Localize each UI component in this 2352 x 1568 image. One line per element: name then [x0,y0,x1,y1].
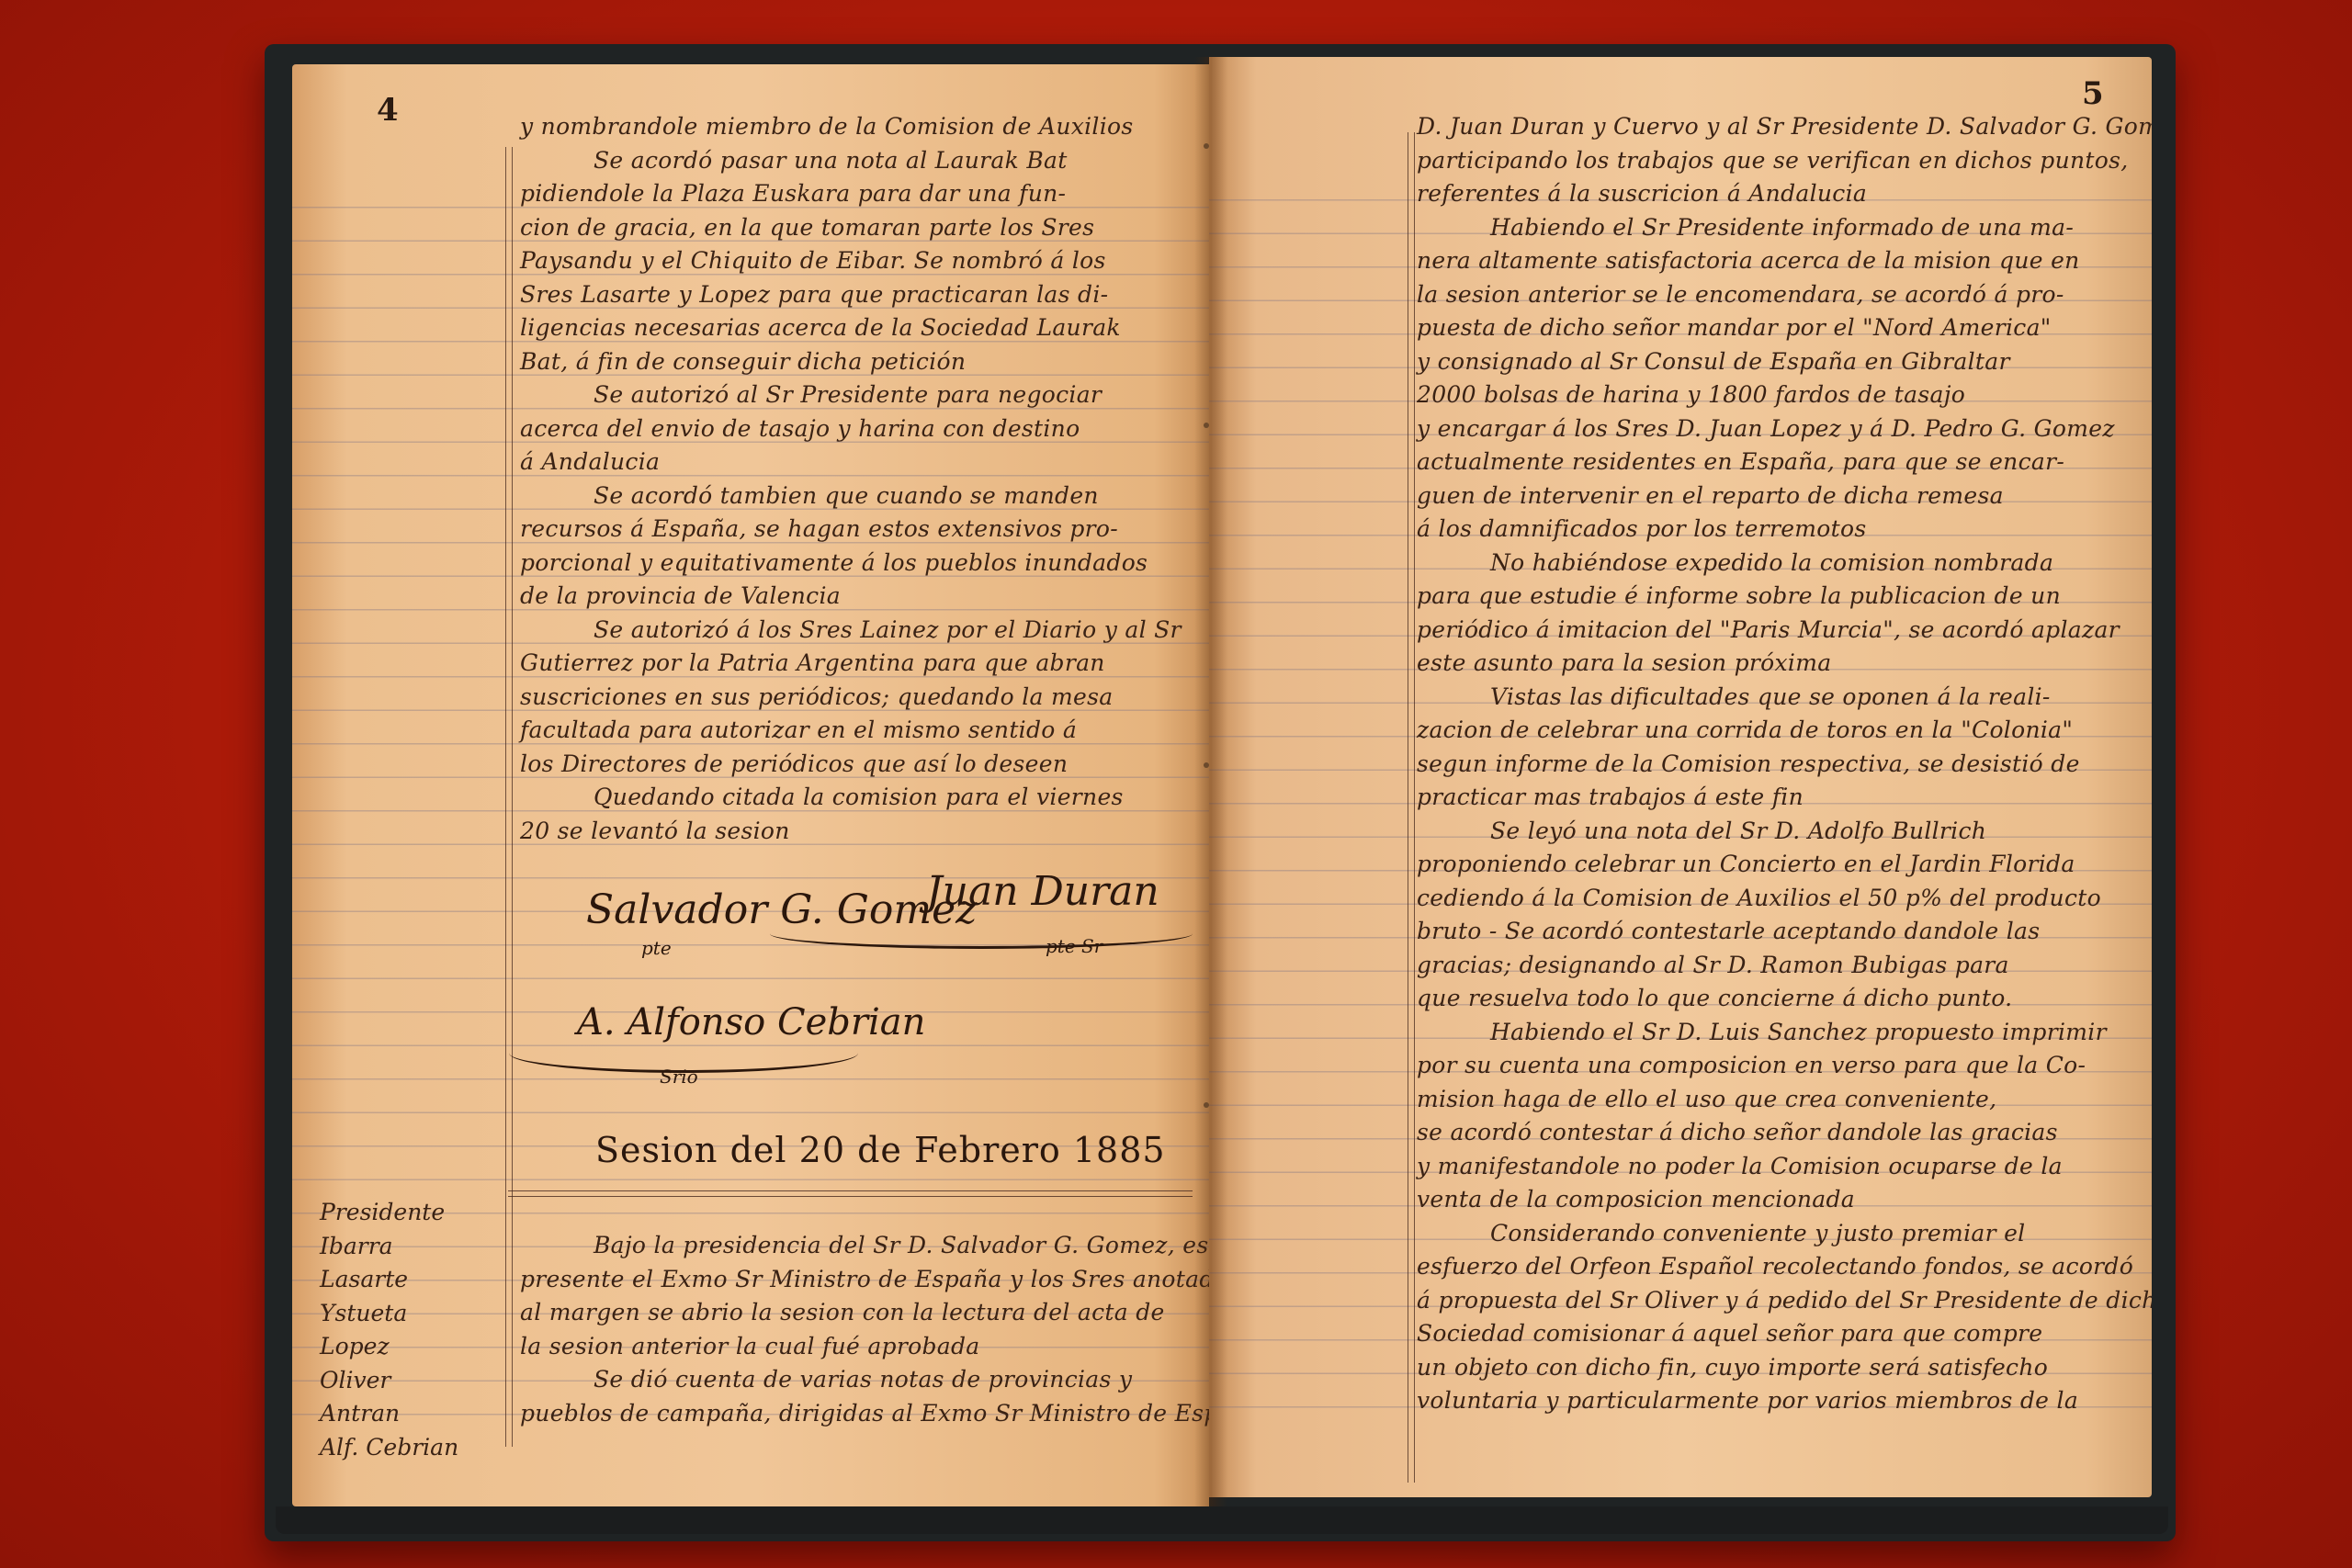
attendee-name: Ibarra [320,1230,458,1264]
handwritten-line: Vistas las dificultades que se oponen á … [1417,681,2152,715]
handwritten-line: voluntaria y particularmente por varios … [1417,1384,2152,1418]
binding-stitch [1204,143,1209,149]
handwritten-line: pueblos de campaña, dirigidas al Exmo Sr… [520,1397,1209,1431]
left-page: 4 y nombrandole miembro de la Comision d… [292,64,1209,1506]
attendee-name: Lasarte [320,1263,458,1297]
handwritten-line: periódico á imitacion del "Paris Murcia"… [1417,614,2152,648]
handwritten-line: á los damnificados por los terremotos [1417,513,2152,547]
handwritten-line: Se autorizó á los Sres Lainez por el Dia… [520,614,1182,648]
handwritten-line: á Andalucia [520,446,1182,479]
session-separator-rule [508,1190,1193,1197]
signature-flourish [770,919,1193,949]
handwritten-line: puesta de dicho señor mandar por el "Nor… [1417,311,2152,345]
handwritten-line: facultada para autorizar en el mismo sen… [520,714,1182,748]
handwritten-line: nera altamente satisfactoria acerca de l… [1417,244,2152,278]
attendee-name: Ystueta [320,1297,458,1331]
attendee-name: Alf. Cebrian [320,1431,458,1465]
handwritten-line: Habiendo el Sr D. Luis Sanchez propuesto… [1417,1016,2152,1050]
handwritten-line: zacion de celebrar una corrida de toros … [1417,714,2152,748]
handwritten-line: D. Juan Duran y Cuervo y al Sr President… [1417,110,2152,144]
handwritten-line: venta de la composicion mencionada [1417,1183,2152,1217]
page-number: 5 [2082,75,2104,112]
session-title: Sesion del 20 de Febrero 1885 [595,1130,1166,1170]
handwritten-line: ligencias necesarias acerca de la Socied… [520,311,1182,345]
handwritten-line: gracias; designando al Sr D. Ramon Bubig… [1417,949,2152,983]
margin-rule [1408,132,1415,1483]
handwritten-line: practicar mas trabajos á este fin [1417,781,2152,815]
handwritten-line: por su cuenta una composicion en verso p… [1417,1049,2152,1083]
handwritten-line: la sesion anterior la cual fué aprobada [520,1330,1209,1364]
handwritten-line: cion de gracia, en la que tomaran parte … [520,211,1182,245]
handwritten-line: se acordó contestar á dicho señor dandol… [1417,1116,2152,1150]
minutes-text: y nombrandole miembro de la Comision de … [520,110,1182,848]
handwritten-line: Se dió cuenta de varias notas de provinc… [520,1363,1209,1397]
handwritten-line: Gutierrez por la Patria Argentina para q… [520,647,1182,681]
handwritten-line: Se autorizó al Sr Presidente para negoci… [520,378,1182,412]
handwritten-line: Bat, á fin de conseguir dicha petición [520,345,1182,379]
signature-president-role: pte [641,937,672,959]
signature-other: Juan Duran [926,868,1159,915]
margin-rule [505,147,513,1447]
handwritten-line: Quedando citada la comision para el vier… [520,781,1182,815]
handwritten-line: acerca del envio de tasajo y harina con … [520,412,1182,446]
handwritten-line: No habiéndose expedido la comision nombr… [1417,547,2152,581]
signature-secretary-role: Srio [660,1066,698,1088]
handwritten-line: y consignado al Sr Consul de España en G… [1417,345,2152,379]
handwritten-line: y nombrandole miembro de la Comision de … [520,110,1182,144]
handwritten-line: Considerando conveniente y justo premiar… [1417,1217,2152,1251]
handwritten-line: porcional y equitativamente á los pueblo… [520,547,1182,581]
handwritten-line: la sesion anterior se le encomendara, se… [1417,278,2152,312]
attendee-name: Lopez [320,1330,458,1364]
handwritten-line: recursos á España, se hagan estos extens… [520,513,1182,547]
book-cover-bottom-edge [276,1506,2168,1534]
handwritten-line: proponiendo celebrar un Concierto en el … [1417,848,2152,882]
handwritten-line: á propuesta del Sr Oliver y á pedido del… [1417,1284,2152,1318]
attendee-name: Presidente [320,1196,458,1230]
handwritten-line: pidiendole la Plaza Euskara para dar una… [520,177,1182,211]
attendee-name: Oliver [320,1364,458,1398]
handwritten-line: guen de intervenir en el reparto de dich… [1417,479,2152,513]
handwritten-line: 2000 bolsas de harina y 1800 fardos de t… [1417,378,2152,412]
handwritten-line: mision haga de ello el uso que crea conv… [1417,1083,2152,1117]
handwritten-line: esfuerzo del Orfeon Español recolectando… [1417,1250,2152,1284]
handwritten-line: para que estudie é informe sobre la publ… [1417,580,2152,614]
handwritten-line: referentes á la suscricion á Andalucia [1417,177,2152,211]
attendee-name: Antran [320,1397,458,1431]
handwritten-line: cediendo á la Comision de Auxilios el 50… [1417,882,2152,916]
handwritten-line: al margen se abrio la sesion con la lect… [520,1296,1209,1330]
handwritten-line: de la provincia de Valencia [520,580,1182,614]
handwritten-line: y encargar á los Sres D. Juan Lopez y á … [1417,412,2152,446]
handwritten-line: Habiendo el Sr Presidente informado de u… [1417,211,2152,245]
handwritten-line: Sociedad comisionar á aquel señor para q… [1417,1317,2152,1351]
attendees-list: PresidenteIbarraLasarteYstuetaLopezOlive… [320,1196,458,1464]
session-minutes-text: Bajo la presidencia del Sr D. Salvador G… [520,1229,1209,1430]
right-page: 5 D. Juan Duran y Cuervo y al Sr Preside… [1209,57,2152,1497]
handwritten-line: segun informe de la Comision respectiva,… [1417,748,2152,782]
handwritten-line: presente el Exmo Sr Ministro de España y… [520,1263,1209,1297]
handwritten-line: Se leyó una nota del Sr D. Adolfo Bullri… [1417,815,2152,849]
handwritten-line: un objeto con dicho fin, cuyo importe se… [1417,1351,2152,1385]
binding-stitch [1204,1102,1209,1108]
handwritten-line: Se acordó tambien que cuando se manden [520,479,1182,513]
page-number: 4 [377,92,399,129]
binding-stitch [1204,762,1209,768]
handwritten-line: y manifestandole no poder la Comision oc… [1417,1150,2152,1184]
handwritten-line: participando los trabajos que se verific… [1417,144,2152,178]
handwritten-line: 20 se levantó la sesion [520,815,1182,849]
handwritten-line: actualmente residentes en España, para q… [1417,446,2152,479]
handwritten-line: Sres Lasarte y Lopez para que practicara… [520,278,1182,312]
binding-stitch [1204,423,1209,428]
handwritten-line: Paysandu y el Chiquito de Eibar. Se nomb… [520,244,1182,278]
minutes-text: D. Juan Duran y Cuervo y al Sr President… [1417,110,2152,1418]
handwritten-line: este asunto para la sesion próxima [1417,647,2152,681]
handwritten-line: los Directores de periódicos que así lo … [520,748,1182,782]
handwritten-line: Se acordó pasar una nota al Laurak Bat [520,144,1182,178]
handwritten-line: que resuelva todo lo que concierne á dic… [1417,982,2152,1016]
handwritten-line: Bajo la presidencia del Sr D. Salvador G… [520,1229,1209,1263]
handwritten-line: suscriciones en sus periódicos; quedando… [520,681,1182,715]
handwritten-line: bruto - Se acordó contestarle aceptando … [1417,915,2152,949]
